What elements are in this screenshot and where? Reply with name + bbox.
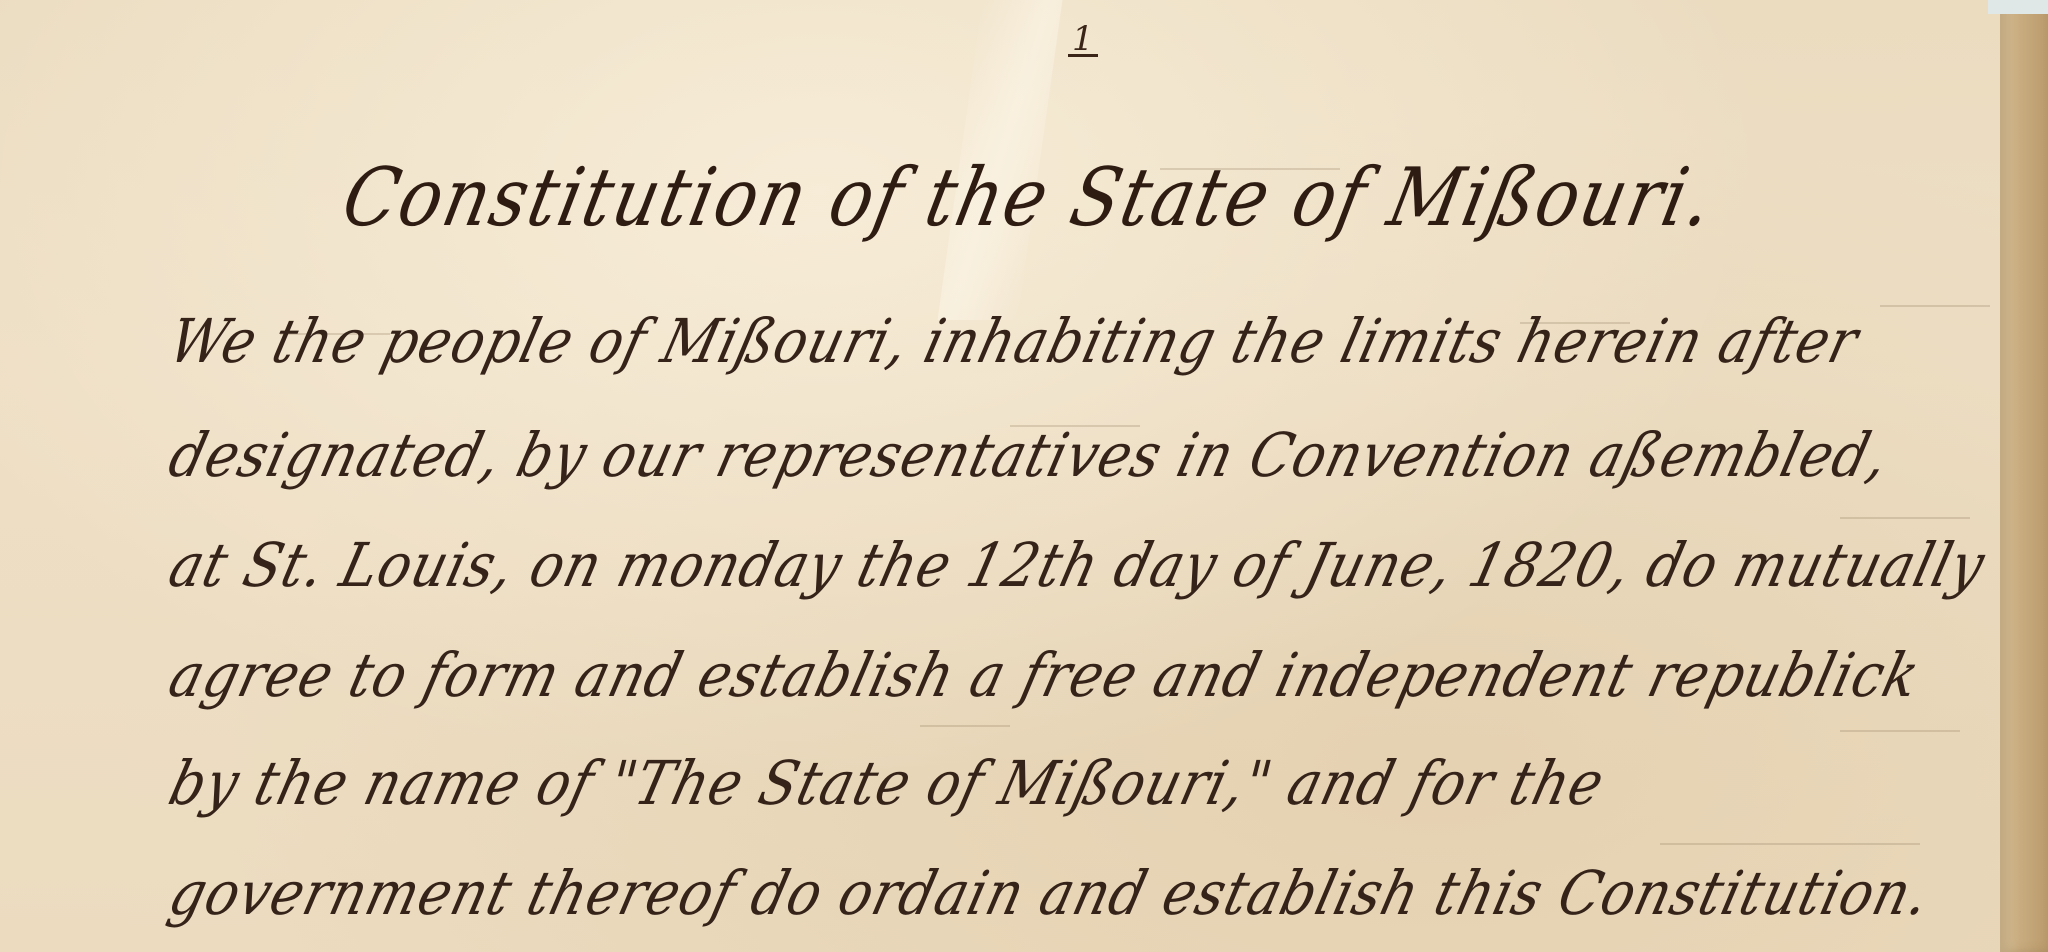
text-line-6: government thereof do ordain and establi… <box>162 858 1937 929</box>
text-line-1: We the people of Mißouri, inhabiting the… <box>162 306 1865 377</box>
page-edge-corner <box>1988 0 2048 14</box>
text-line-2: designated, by our representatives in Co… <box>162 420 1896 491</box>
page-number: 1 <box>1068 24 1098 57</box>
page-edge <box>2000 0 2048 952</box>
ruled-line <box>1880 305 1990 307</box>
manuscript-page: 1 Constitution of the State of Mißouri. … <box>0 0 2048 952</box>
ruled-line <box>1840 517 1970 519</box>
text-line-3: at St. Louis, on monday the 12th day of … <box>162 530 1992 601</box>
text-line-4: agree to form and establish a free and i… <box>162 640 1927 711</box>
ruled-line <box>1840 730 1960 732</box>
ruled-line <box>1660 843 1920 845</box>
ruled-line <box>920 725 1010 727</box>
document-title: Constitution of the State of Mißouri. <box>335 150 1723 244</box>
text-line-5: by the name of "The State of Mißouri," a… <box>162 748 1611 819</box>
